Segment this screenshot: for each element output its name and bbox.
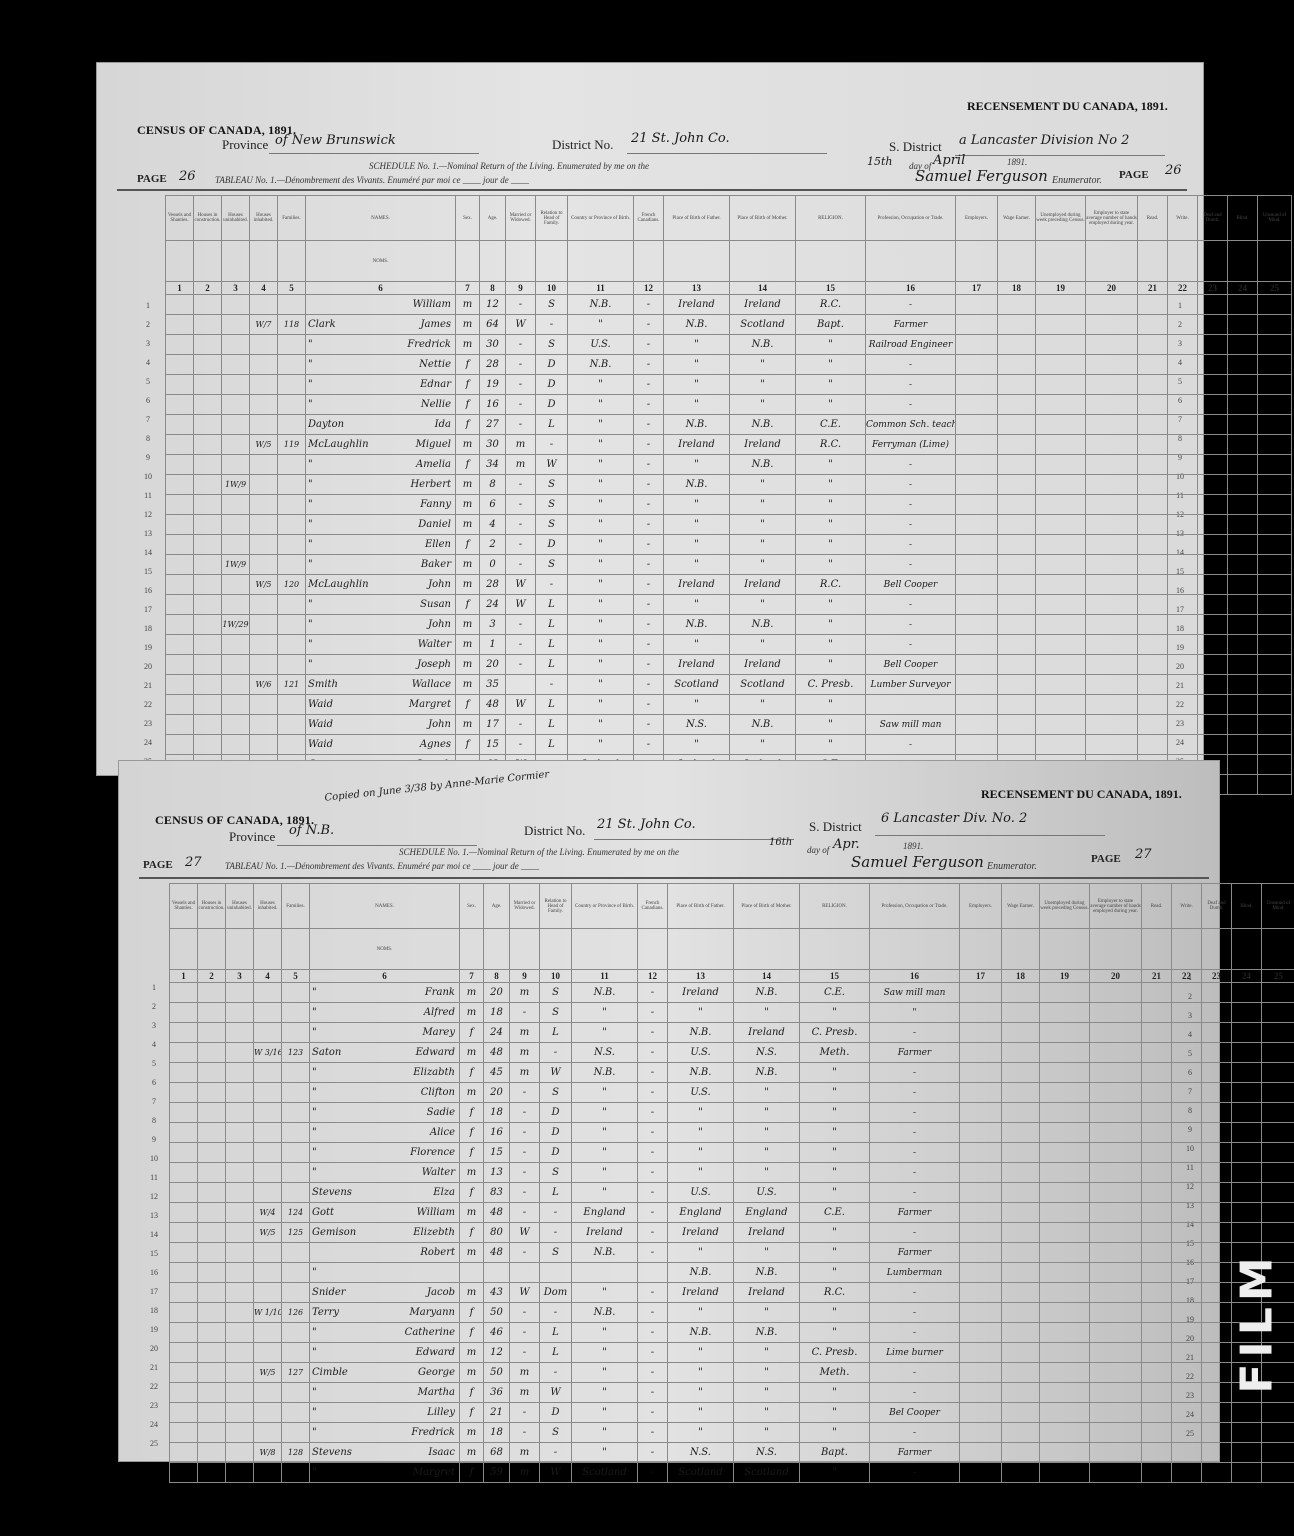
empty-cell [170, 1063, 198, 1083]
empty-cell [1040, 1203, 1090, 1223]
cell-c3 [222, 735, 250, 755]
cell-c5 [282, 1063, 310, 1083]
film-label: FILM [1232, 1212, 1282, 1432]
name-cell: McLaughlinJohn [306, 575, 456, 595]
empty-cell [998, 595, 1036, 615]
column-header-fr-c12 [634, 241, 664, 282]
cell-age: 24 [484, 1023, 510, 1043]
cell-relation: L [536, 415, 568, 435]
cell-c5 [278, 395, 306, 415]
cell-religion: " [800, 1323, 870, 1343]
cell-c4: W/5 [250, 435, 278, 455]
cell-french: - [638, 1403, 668, 1423]
cell-french: - [638, 1003, 668, 1023]
cell-birth: " [572, 1443, 638, 1463]
empty-cell [1232, 1183, 1262, 1203]
cell-birth: England [572, 1203, 638, 1223]
cell-mother: " [734, 1383, 800, 1403]
cell-c5 [278, 635, 306, 655]
cell-c3: 1W/9 [222, 555, 250, 575]
column-header-c10: Relation to Head of Family. [536, 196, 568, 241]
empty-cell [1086, 635, 1138, 655]
cell-mother: N.S. [734, 1043, 800, 1063]
empty-cell [998, 435, 1036, 455]
empty-cell [1232, 983, 1262, 1003]
column-header-c25: Unsound of Mind. [1258, 196, 1292, 241]
cell-father: N.S. [664, 715, 730, 735]
cell-age: 1 [480, 635, 506, 655]
empty-cell [1202, 1463, 1232, 1483]
cell-sex: f [456, 455, 480, 475]
empty-cell [1198, 335, 1228, 355]
cell-birth: " [568, 415, 634, 435]
empty-cell [960, 1283, 1002, 1303]
cell-c5 [282, 1163, 310, 1183]
empty-cell [1142, 1163, 1172, 1183]
row-number: 25 [143, 1434, 165, 1453]
row-number: 21 [143, 1358, 165, 1377]
column-header-fr-c23 [1198, 241, 1228, 282]
empty-cell [1036, 635, 1086, 655]
empty-cell [1228, 295, 1258, 315]
empty-cell [1142, 1123, 1172, 1143]
cell-sex: f [460, 1063, 484, 1083]
cell-sex: f [460, 1143, 484, 1163]
cell-birth: " [572, 1183, 638, 1203]
table-row: "Ednarf19-D"-"""- [166, 375, 1292, 395]
row-number: 9 [137, 448, 159, 467]
empty-cell [1202, 1303, 1232, 1323]
cell-birth: " [568, 515, 634, 535]
cell-mother: N.B. [730, 715, 796, 735]
cell-religion: C. Presb. [796, 675, 866, 695]
name-cell: "Florence [310, 1143, 460, 1163]
census-table-page-26: Vessels and Shanties.Houses in construct… [165, 195, 1292, 795]
surname: Smith [306, 679, 338, 690]
cell-mother: Scotland [730, 675, 796, 695]
empty-cell [1232, 1123, 1262, 1143]
column-header-c5: Families. [278, 196, 306, 241]
cell-french: - [634, 715, 664, 735]
province-value: of N.B. [289, 823, 334, 838]
row-number: 5 [137, 372, 159, 391]
cell-married: m [510, 1043, 540, 1063]
enumerator-signature: Samuel Ferguson [915, 167, 1048, 185]
cell-sex: f [456, 535, 480, 555]
empty-cell [1262, 1463, 1294, 1483]
cell-birth: " [568, 635, 634, 655]
cell-c3 [226, 1023, 254, 1043]
year-label: 1891. [903, 841, 923, 851]
row-number: 20 [137, 657, 159, 676]
cell-french: - [634, 415, 664, 435]
empty-cell [1138, 435, 1168, 455]
empty-cell [956, 735, 998, 755]
cell-married: - [506, 535, 536, 555]
schedule-en: SCHEDULE No. 1.—Nominal Return of the Li… [399, 847, 679, 857]
empty-cell [1258, 635, 1292, 655]
cell-mother: Ireland [734, 1223, 800, 1243]
column-header-fr-c15 [800, 929, 870, 970]
empty-cell [1258, 775, 1292, 795]
empty-cell [960, 1423, 1002, 1443]
cell-relation: S [540, 1243, 572, 1263]
cell-married [510, 1263, 540, 1283]
empty-cell [1232, 1043, 1262, 1063]
cell-c5 [278, 495, 306, 515]
empty-cell [1138, 695, 1168, 715]
cell-occupation: - [866, 515, 956, 535]
name-cell: "Elizabth [310, 1063, 460, 1083]
empty-cell [1002, 1123, 1040, 1143]
empty-cell [1002, 1443, 1040, 1463]
name-cell: WaidJohn [306, 715, 456, 735]
name-cell: "Herbert [306, 475, 456, 495]
cell-french: - [638, 1303, 668, 1323]
cell-religion: " [796, 695, 866, 715]
cell-birth [572, 1263, 638, 1283]
cell-married: - [510, 1343, 540, 1363]
cell-relation: L [540, 1183, 572, 1203]
given-name: Herbert [410, 479, 455, 490]
cell-age: 50 [484, 1303, 510, 1323]
column-number: 5 [282, 970, 310, 983]
empty-cell [1202, 1263, 1232, 1283]
table-row: "Cliftonm20-S"-U.S.""- [170, 1083, 1294, 1103]
empty-cell [998, 675, 1036, 695]
empty-cell [166, 555, 194, 575]
cell-sex: f [460, 1403, 484, 1423]
column-header-fr-c5 [278, 241, 306, 282]
cell-occupation: Bell Cooper [866, 575, 956, 595]
empty-cell [1040, 1223, 1090, 1243]
column-number: 24 [1228, 282, 1258, 295]
empty-cell [1168, 495, 1198, 515]
cell-mother: Ireland [730, 435, 796, 455]
empty-cell [960, 1383, 1002, 1403]
column-header-fr-c14 [734, 929, 800, 970]
empty-cell [1168, 315, 1198, 335]
cell-mother: " [730, 695, 796, 715]
table-row: "Ameliaf34mW"-"N.B."- [166, 455, 1292, 475]
cell-c5 [282, 1243, 310, 1263]
empty-cell [1228, 675, 1258, 695]
column-header-fr-c10 [536, 241, 568, 282]
cell-c5 [278, 375, 306, 395]
empty-cell [1202, 1163, 1232, 1183]
empty-cell [1172, 1083, 1202, 1103]
cell-father: " [668, 1363, 734, 1383]
empty-cell [1040, 1443, 1090, 1463]
empty-cell [998, 455, 1036, 475]
cell-age: 30 [480, 435, 506, 455]
cell-french: - [634, 495, 664, 515]
cell-birth: " [568, 575, 634, 595]
cell-married: - [510, 1083, 540, 1103]
cell-relation: S [540, 1423, 572, 1443]
cell-c4 [254, 1243, 282, 1263]
empty-cell [1172, 1043, 1202, 1063]
column-number: 11 [568, 282, 634, 295]
empty-cell [1002, 1243, 1040, 1263]
cell-religion: " [796, 555, 866, 575]
empty-cell [1232, 1143, 1262, 1163]
given-name: Miguel [416, 439, 455, 450]
empty-cell [1202, 1043, 1232, 1063]
cell-married: - [510, 1303, 540, 1323]
empty-cell [956, 635, 998, 655]
cell-c4 [250, 555, 278, 575]
cell-age: 21 [484, 1403, 510, 1423]
empty-cell [1138, 555, 1168, 575]
column-header-c22: Write. [1168, 196, 1198, 241]
empty-cell [998, 335, 1036, 355]
cell-c5 [278, 475, 306, 495]
empty-cell [1202, 1003, 1232, 1023]
census-page-26: CENSUS OF CANADA, 1891. RECENSEMENT DU C… [96, 62, 1204, 776]
cell-c5 [278, 355, 306, 375]
empty-cell [198, 1023, 226, 1043]
empty-cell [194, 575, 222, 595]
cell-mother: N.B. [734, 1063, 800, 1083]
empty-cell [1138, 635, 1168, 655]
empty-cell [198, 1383, 226, 1403]
cell-c4 [250, 355, 278, 375]
empty-cell [1002, 1343, 1040, 1363]
empty-cell [170, 1123, 198, 1143]
cell-relation: L [536, 655, 568, 675]
empty-cell [1142, 1203, 1172, 1223]
cell-birth: " [572, 1103, 638, 1123]
surname: Cimble [310, 1367, 348, 1378]
empty-cell [1138, 395, 1168, 415]
empty-cell [960, 1403, 1002, 1423]
empty-cell [194, 635, 222, 655]
cell-c3 [226, 983, 254, 1003]
empty-cell [1138, 355, 1168, 375]
empty-cell [1086, 735, 1138, 755]
column-header-c14: Place of Birth of Mother. [730, 196, 796, 241]
cell-sex: f [460, 1463, 484, 1483]
cell-father: Scotland [668, 1463, 734, 1483]
cell-married: - [506, 555, 536, 575]
cell-age: 16 [480, 395, 506, 415]
row-number: 23 [143, 1396, 165, 1415]
empty-cell [194, 315, 222, 335]
table-row: W 3/16123SatonEdwardm48m-N.S.-U.S.N.S.Me… [170, 1043, 1294, 1063]
cell-age: 16 [484, 1123, 510, 1143]
empty-cell [170, 1323, 198, 1343]
given-name: Wallace [412, 679, 455, 690]
cell-married: m [510, 1443, 540, 1463]
cell-age: 48 [484, 1043, 510, 1063]
column-header-fr-c7 [460, 929, 484, 970]
empty-cell [1232, 1463, 1262, 1483]
cell-c3 [222, 655, 250, 675]
cell-c3 [222, 715, 250, 735]
column-header-c4: Houses inhabited. [250, 196, 278, 241]
cell-occupation: - [870, 1123, 960, 1143]
cell-age: 68 [484, 1443, 510, 1463]
column-number: 23 [1198, 282, 1228, 295]
cell-relation: W [536, 455, 568, 475]
empty-cell [198, 1043, 226, 1063]
cell-c3: 1W/29 [222, 615, 250, 635]
table-row: "Catherinef46-L"-N.B.N.B."- [170, 1323, 1294, 1343]
empty-cell [1036, 675, 1086, 695]
empty-cell [166, 695, 194, 715]
empty-cell [1198, 455, 1228, 475]
empty-cell [960, 1043, 1002, 1063]
cell-c5 [278, 455, 306, 475]
column-header-c1: Vessels and Shanties. [166, 196, 194, 241]
table-row: Williamm12-SN.B.-IrelandIrelandR.C.- [166, 295, 1292, 315]
empty-cell [1172, 1143, 1202, 1163]
cell-relation: S [536, 495, 568, 515]
empty-cell [198, 1443, 226, 1463]
empty-cell [1090, 1103, 1142, 1123]
cell-c4 [254, 1003, 282, 1023]
cell-french: - [638, 1183, 668, 1203]
row-number: 10 [143, 1149, 165, 1168]
cell-sex: m [460, 1083, 484, 1103]
column-header-fr-c8 [480, 241, 506, 282]
empty-cell [1036, 495, 1086, 515]
cell-married: - [506, 635, 536, 655]
cell-birth: " [568, 735, 634, 755]
empty-cell [1138, 595, 1168, 615]
cell-birth: N.S. [572, 1043, 638, 1063]
cell-religion: " [800, 1423, 870, 1443]
cell-french: - [638, 1363, 668, 1383]
cell-c4 [250, 615, 278, 635]
cell-relation: - [540, 1443, 572, 1463]
empty-cell [1090, 1463, 1142, 1483]
table-row: WaidMargretf48WL"-""" [166, 695, 1292, 715]
empty-cell [1202, 1423, 1232, 1443]
column-header-fr-c4 [250, 241, 278, 282]
empty-cell [170, 1103, 198, 1123]
column-header-c11: Country or Province of Birth. [572, 884, 638, 929]
given-name: Ednar [420, 379, 455, 390]
column-header-fr-c21 [1138, 241, 1168, 282]
empty-cell [1198, 515, 1228, 535]
cell-occupation: - [866, 475, 956, 495]
cell-occupation: - [870, 1363, 960, 1383]
cell-mother: " [734, 1163, 800, 1183]
empty-cell [1228, 515, 1258, 535]
cell-c3 [226, 1463, 254, 1483]
cell-married: - [506, 375, 536, 395]
cell-father: " [664, 695, 730, 715]
cell-father: Ireland [664, 655, 730, 675]
column-number: 11 [572, 970, 638, 983]
surname: " [310, 1407, 317, 1418]
empty-cell [1002, 1283, 1040, 1303]
column-number: 9 [506, 282, 536, 295]
empty-cell [1138, 615, 1168, 635]
cell-father: Ireland [668, 983, 734, 1003]
cell-birth: " [568, 655, 634, 675]
empty-cell [1036, 475, 1086, 495]
cell-married: - [506, 715, 536, 735]
cell-mother: " [730, 595, 796, 615]
cell-mother: Ireland [734, 1023, 800, 1043]
empty-cell [998, 475, 1036, 495]
cell-occupation: - [870, 1323, 960, 1343]
empty-cell [1090, 1023, 1142, 1043]
cell-age: 28 [480, 355, 506, 375]
given-name: Walter [422, 1167, 459, 1178]
cell-c4: W 1/10 [254, 1303, 282, 1323]
cell-mother: Ireland [734, 1283, 800, 1303]
cell-french [638, 1263, 668, 1283]
given-name: Elizebth [413, 1227, 459, 1238]
cell-mother: N.B. [734, 1263, 800, 1283]
empty-cell [166, 315, 194, 335]
cell-c5 [278, 715, 306, 735]
empty-cell [1036, 315, 1086, 335]
empty-cell [1198, 475, 1228, 495]
cell-occupation: - [866, 455, 956, 475]
table-row: DaytonIdaf27-L"-N.B.N.B.C.E.Common Sch. … [166, 415, 1292, 435]
empty-cell [1262, 1083, 1294, 1103]
empty-cell [998, 495, 1036, 515]
empty-cell [166, 495, 194, 515]
cell-c3 [222, 395, 250, 415]
name-cell: "Clifton [310, 1083, 460, 1103]
column-header-c18: Wage Earner. [998, 196, 1036, 241]
column-header-c14: Place of Birth of Mother. [734, 884, 800, 929]
cell-french: - [638, 1243, 668, 1263]
cell-french: - [634, 635, 664, 655]
cell-age: 4 [480, 515, 506, 535]
row-number: 13 [137, 524, 159, 543]
table-row: Robertm48-SN.B.-"""Farmer [170, 1243, 1294, 1263]
cell-french: - [634, 575, 664, 595]
cell-occupation: - [866, 395, 956, 415]
empty-cell [1040, 1063, 1090, 1083]
name-cell: "Frank [310, 983, 460, 1003]
cell-relation: - [536, 575, 568, 595]
cell-relation: S [536, 335, 568, 355]
cell-age: 45 [484, 1063, 510, 1083]
row-number: 24 [143, 1415, 165, 1434]
cell-religion: " [800, 1303, 870, 1323]
cell-c4 [250, 735, 278, 755]
empty-cell [1036, 735, 1086, 755]
empty-cell [1142, 1043, 1172, 1063]
name-cell: "Susan [306, 595, 456, 615]
name-cell: "Marey [310, 1023, 460, 1043]
empty-cell [194, 495, 222, 515]
surname: Terry [310, 1307, 339, 1318]
cell-married: - [510, 1163, 540, 1183]
column-number: 8 [484, 970, 510, 983]
empty-cell [1138, 735, 1168, 755]
empty-cell [1002, 983, 1040, 1003]
surname: " [310, 1107, 317, 1118]
cell-father: " [668, 1403, 734, 1423]
column-header-fr-c4 [254, 929, 282, 970]
name-cell: GemisonElizebth [310, 1223, 460, 1243]
empty-cell [166, 375, 194, 395]
surname: " [306, 559, 313, 570]
empty-cell [1198, 635, 1228, 655]
table-row: "Susanf24WL"-"""- [166, 595, 1292, 615]
empty-cell [1086, 555, 1138, 575]
surname: " [310, 1347, 317, 1358]
